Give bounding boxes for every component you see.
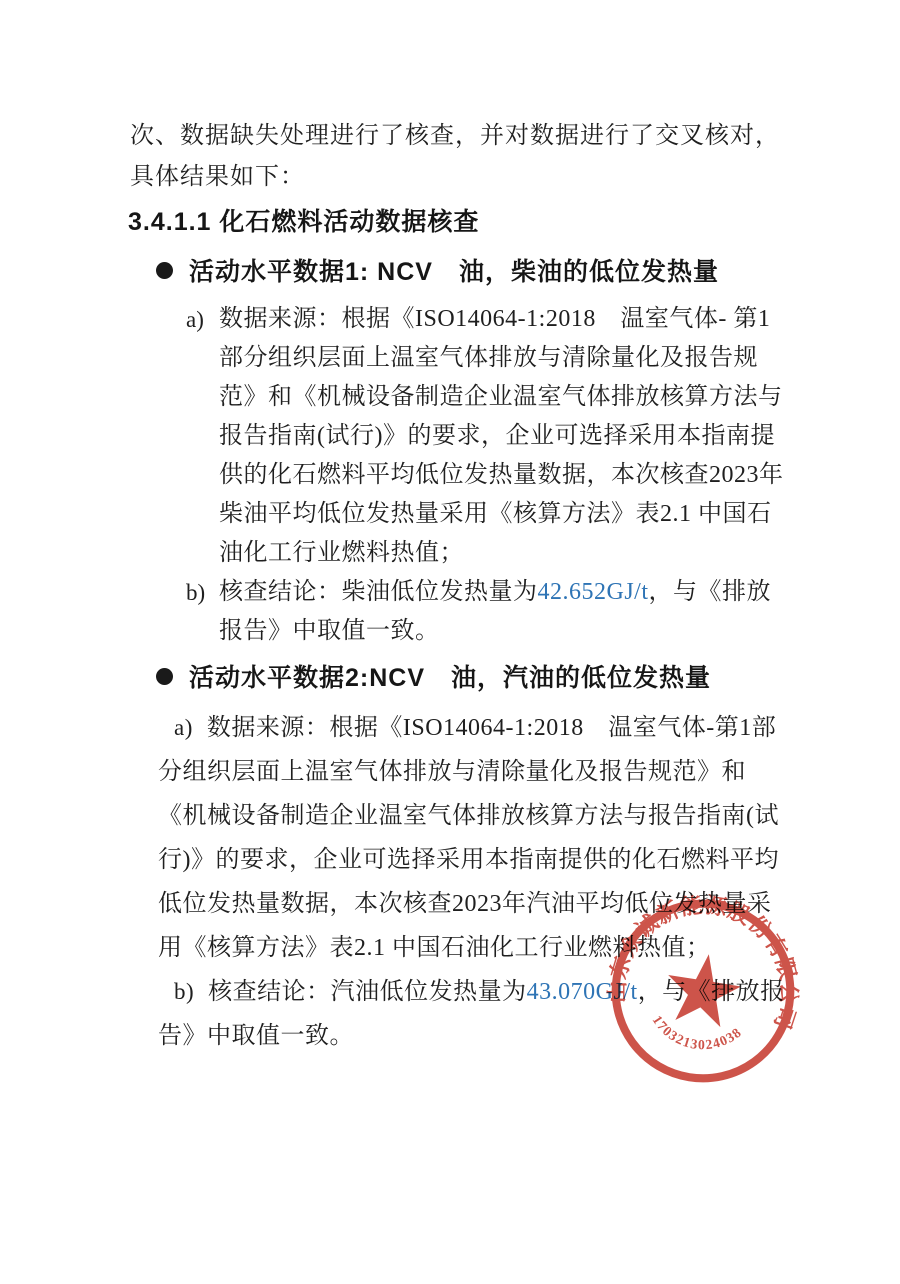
- conclusion-text-diesel: 核查结论：柴油低位发热量为42.652GJ/t，与《排放报告》中取值一致。: [219, 573, 793, 651]
- activity-data-section-diesel: 活动水平数据1: NCV 油，柴油的低位发热量 a) 数据来源：根据《ISO14…: [156, 252, 804, 651]
- bullet-title-gasoline: 活动水平数据2:NCV 油，汽油的低位发热量: [189, 658, 711, 694]
- bullet-title-row: 活动水平数据2:NCV 油，汽油的低位发热量: [156, 658, 804, 694]
- section-heading: 3.4.1.1 化石燃料活动数据核查: [128, 202, 479, 238]
- bullet-icon: [156, 668, 173, 685]
- list-item-a-diesel: a) 数据来源：根据《ISO14064-1:2018 温室气体- 第1部分组织层…: [156, 300, 804, 573]
- list-marker-a: a): [186, 300, 219, 573]
- conclusion-prefix-diesel: 核查结论：柴油低位发热量为: [219, 579, 538, 605]
- list-marker-b: b): [186, 573, 219, 651]
- ncv-value-diesel: 42.652GJ/t: [538, 579, 649, 605]
- activity-data-section-gasoline: 活动水平数据2:NCV 油，汽油的低位发热量 a)数据来源：根据《ISO1406…: [156, 658, 804, 1058]
- data-source-text-diesel: 数据来源：根据《ISO14064-1:2018 温室气体- 第1部分组织层面上温…: [219, 300, 793, 573]
- document-page: 次、数据缺失处理进行了核查，并对数据进行了交叉核对，具体结果如下： 3.4.1.…: [0, 0, 900, 1284]
- list-item-b-gasoline: b)核查结论：汽油低位发热量为43.070GJ/t，与《排放报告》中取值一致。: [158, 970, 792, 1058]
- bullet-title-row: 活动水平数据1: NCV 油，柴油的低位发热量: [156, 252, 804, 288]
- conclusion-prefix-gasoline: 核查结论：汽油低位发热量为: [208, 979, 527, 1005]
- list-item-a-gasoline: a)数据来源：根据《ISO14064-1:2018 温室气体-第1部分组织层面上…: [158, 706, 792, 970]
- intro-paragraph: 次、数据缺失处理进行了核查，并对数据进行了交叉核对，具体结果如下：: [130, 116, 798, 198]
- list-item-b-diesel: b) 核查结论：柴油低位发热量为42.652GJ/t，与《排放报告》中取值一致。: [156, 573, 804, 651]
- ncv-value-gasoline: 43.070GJ/t: [527, 979, 638, 1005]
- bullet-title-diesel: 活动水平数据1: NCV 油，柴油的低位发热量: [189, 252, 719, 288]
- list-marker-b: b): [174, 979, 194, 1004]
- list-marker-a: a): [174, 715, 193, 740]
- data-source-text-gasoline: 数据来源：根据《ISO14064-1:2018 温室气体-第1部分组织层面上温室…: [158, 715, 779, 961]
- bullet-icon: [156, 262, 173, 279]
